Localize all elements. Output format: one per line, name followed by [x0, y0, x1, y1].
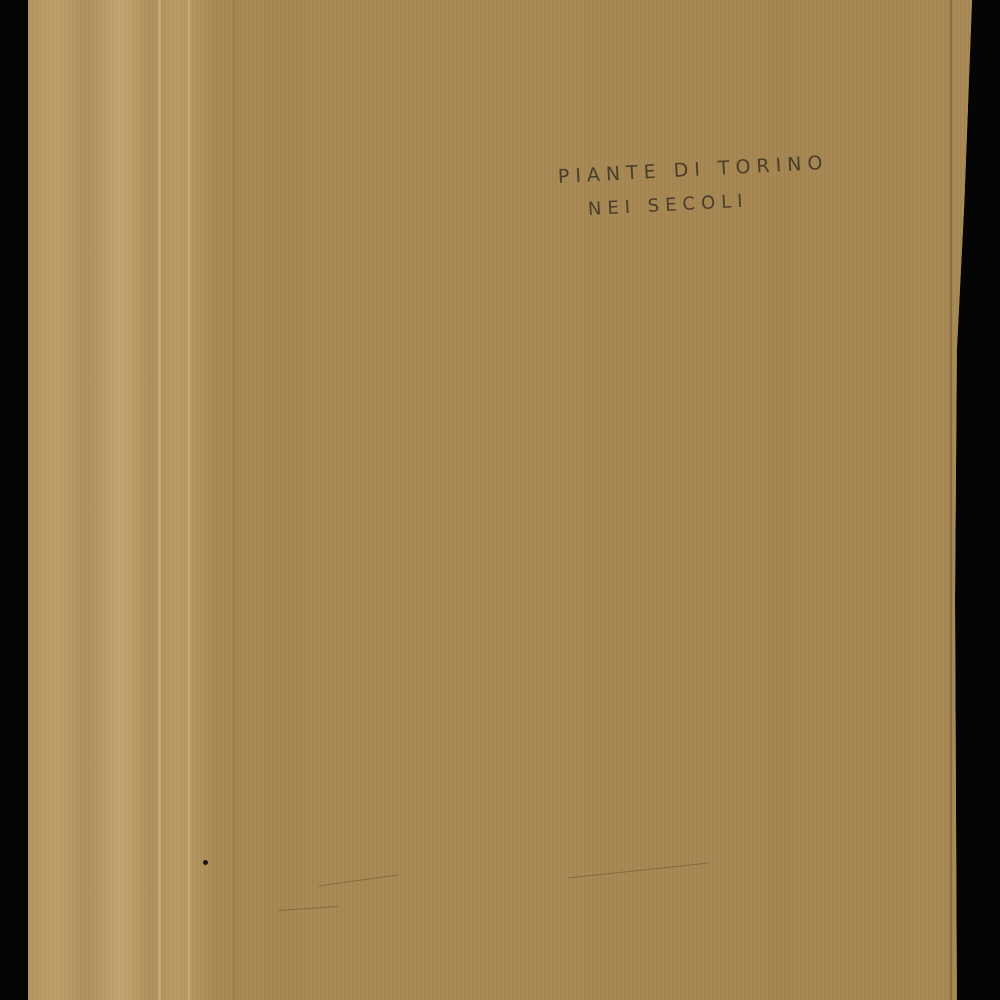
folder-edge [950, 0, 952, 1000]
pencil-stroke [278, 906, 338, 911]
pencil-stroke [318, 874, 397, 886]
handwritten-title-line-2: NEI SECOLI [588, 188, 829, 219]
pencil-stroke [568, 863, 707, 879]
handwritten-title: PIANTE DI TORINO NEI SECOLI [558, 168, 829, 219]
kraft-paper-folder: PIANTE DI TORINO NEI SECOLI [28, 0, 972, 1000]
handwritten-title-line-1: PIANTE DI TORINO [558, 154, 829, 187]
ink-speck [203, 860, 208, 865]
paper-crease [158, 0, 161, 1000]
paper-crease [188, 0, 190, 1000]
paper-crease [233, 0, 235, 1000]
scanned-folder-cover: PIANTE DI TORINO NEI SECOLI [0, 0, 1000, 1000]
